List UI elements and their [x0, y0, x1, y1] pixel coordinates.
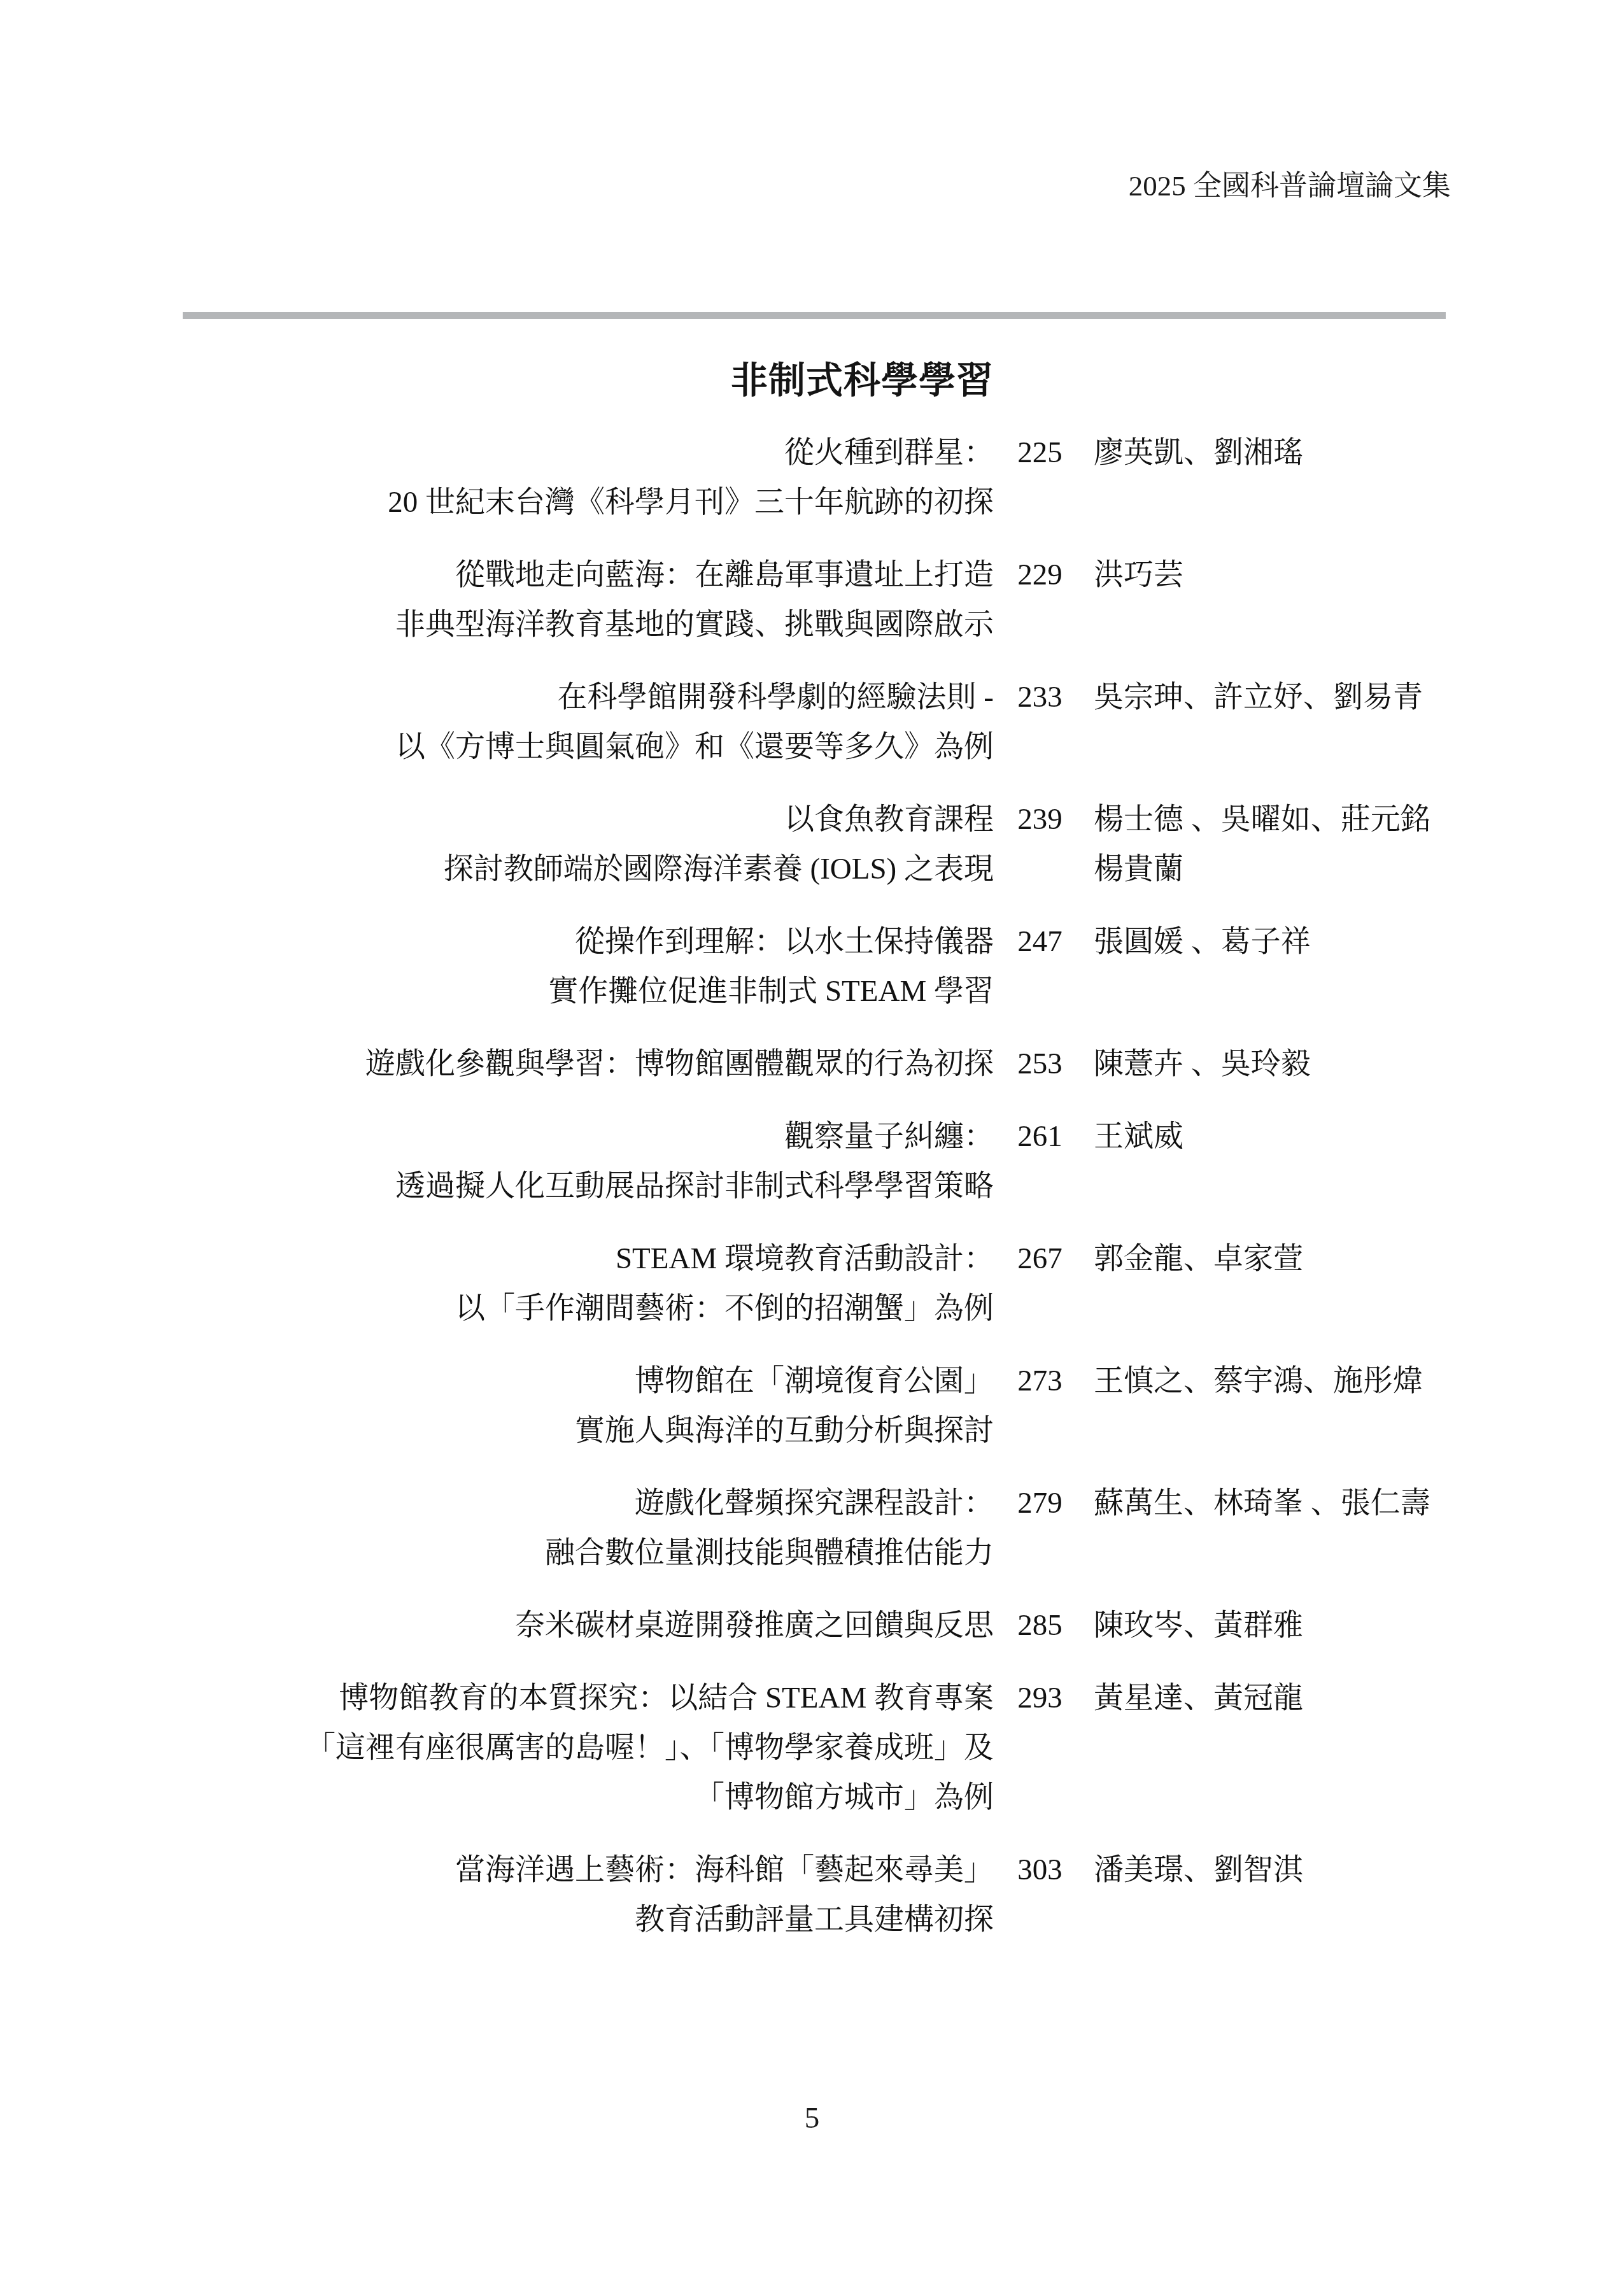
- toc-entry: 從火種到群星：20 世紀末台灣《科學月刊》三十年航跡的初探 225 廖英凱、劉湘…: [183, 428, 1474, 527]
- entry-title-line: 實作攤位促進非制式 STEAM 學習: [183, 966, 994, 1016]
- entry-author-line: 廖英凱、劉湘瑤: [1094, 428, 1474, 478]
- entry-title: 當海洋遇上藝術：海科館「藝起來尋美」教育活動評量工具建構初探: [183, 1845, 994, 1944]
- entry-page-number: 239: [994, 795, 1086, 844]
- entry-authors: 蘇萬生、林琦峯 、張仁壽: [1086, 1478, 1474, 1578]
- entry-author-line: 楊士德 、吳曜如、莊元銘: [1094, 795, 1474, 844]
- entry-authors: 吳宗珅、許立妤、劉易青: [1086, 672, 1474, 772]
- entry-title-line: 博物館在「潮境復育公園」: [183, 1356, 994, 1406]
- toc-entry: 從操作到理解：以水土保持儀器實作攤位促進非制式 STEAM 學習 247 張圓媛…: [183, 917, 1474, 1016]
- toc-entry: 遊戲化聲頻探究課程設計：融合數位量測技能與體積推估能力 279 蘇萬生、林琦峯 …: [183, 1478, 1474, 1578]
- entry-author-line: 陳薏卉 、吳玲毅: [1094, 1039, 1474, 1089]
- entry-page-number: 293: [994, 1673, 1086, 1723]
- entry-title-line: 從操作到理解：以水土保持儀器: [183, 917, 994, 966]
- entry-authors: 陳薏卉 、吳玲毅: [1086, 1039, 1474, 1089]
- toc-entry: 觀察量子糾纏：透過擬人化互動展品探討非制式科學學習策略 261 王斌威: [183, 1112, 1474, 1211]
- entry-author-line: 楊貴蘭: [1094, 844, 1474, 894]
- entry-title-line: 當海洋遇上藝術：海科館「藝起來尋美」: [183, 1845, 994, 1895]
- entry-title-line: 從戰地走向藍海：在離島軍事遺址上打造: [183, 550, 994, 600]
- entry-page-number: 253: [994, 1039, 1086, 1089]
- entry-author-line: 王斌威: [1094, 1112, 1474, 1161]
- section-title: 非制式科學學習: [183, 357, 994, 405]
- toc-entry: 奈米碳材桌遊開發推廣之回饋與反思 285 陳玫岑、黃群雅: [183, 1601, 1474, 1650]
- entry-title: 從戰地走向藍海：在離島軍事遺址上打造非典型海洋教育基地的實踐、挑戰與國際啟示: [183, 550, 994, 649]
- entry-title-line: 「博物館方城市」為例: [183, 1772, 994, 1822]
- entry-title-line: 以《方博士與圓氣砲》和《還要等多久》為例: [183, 722, 994, 772]
- header-horizontal-rule: [183, 312, 1446, 319]
- entry-page-number: 273: [994, 1356, 1086, 1406]
- entry-author-line: 吳宗珅、許立妤、劉易青: [1094, 672, 1474, 722]
- toc-entry: STEAM 環境教育活動設計：以「手作潮間藝術：不倒的招潮蟹」為例 267 郭金…: [183, 1234, 1474, 1333]
- entry-authors: 廖英凱、劉湘瑤: [1086, 428, 1474, 527]
- entry-authors: 陳玫岑、黃群雅: [1086, 1601, 1474, 1650]
- entry-title: 博物館在「潮境復育公園」實施人與海洋的互動分析與探討: [183, 1356, 994, 1455]
- toc-entry: 博物館在「潮境復育公園」實施人與海洋的互動分析與探討 273 王慎之、蔡宇鴻、施…: [183, 1356, 1474, 1455]
- toc-entry-list: 從火種到群星：20 世紀末台灣《科學月刊》三十年航跡的初探 225 廖英凱、劉湘…: [183, 428, 1474, 1944]
- entry-title-line: 以食魚教育課程: [183, 795, 994, 844]
- entry-author-line: 蘇萬生、林琦峯 、張仁壽: [1094, 1478, 1474, 1528]
- entry-title-line: 透過擬人化互動展品探討非制式科學學習策略: [183, 1161, 994, 1211]
- entry-title-line: 「這裡有座很厲害的島喔！」、「博物學家養成班」及: [183, 1723, 994, 1772]
- entry-page-number: 229: [994, 550, 1086, 600]
- entry-title-line: 從火種到群星：: [183, 428, 994, 478]
- entry-page-number: 285: [994, 1601, 1086, 1650]
- entry-author-line: 陳玫岑、黃群雅: [1094, 1601, 1474, 1650]
- toc-entry: 從戰地走向藍海：在離島軍事遺址上打造非典型海洋教育基地的實踐、挑戰與國際啟示 2…: [183, 550, 1474, 649]
- entry-title: 從操作到理解：以水土保持儀器實作攤位促進非制式 STEAM 學習: [183, 917, 994, 1016]
- entry-title: 以食魚教育課程探討教師端於國際海洋素養 (IOLS) 之表現: [183, 795, 994, 894]
- entry-title: 遊戲化聲頻探究課程設計：融合數位量測技能與體積推估能力: [183, 1478, 994, 1578]
- entry-title: 觀察量子糾纏：透過擬人化互動展品探討非制式科學學習策略: [183, 1112, 994, 1211]
- entry-author-line: 黃星達、黃冠龍: [1094, 1673, 1474, 1723]
- entry-title-line: 20 世紀末台灣《科學月刊》三十年航跡的初探: [183, 478, 994, 527]
- entry-title: 遊戲化參觀與學習：博物館團體觀眾的行為初探: [183, 1039, 994, 1089]
- entry-title: 在科學館開發科學劇的經驗法則 -以《方博士與圓氣砲》和《還要等多久》為例: [183, 672, 994, 772]
- entry-authors: 黃星達、黃冠龍: [1086, 1673, 1474, 1822]
- entry-author-line: 郭金龍、卓家萱: [1094, 1234, 1474, 1284]
- entry-title-line: 博物館教育的本質探究：以結合 STEAM 教育專案: [183, 1673, 994, 1723]
- entry-authors: 王慎之、蔡宇鴻、施彤煒: [1086, 1356, 1474, 1455]
- entry-authors: 張圓媛 、葛子祥: [1086, 917, 1474, 1016]
- entry-title-line: 奈米碳材桌遊開發推廣之回饋與反思: [183, 1601, 994, 1650]
- entry-authors: 潘美璟、劉智淇: [1086, 1845, 1474, 1944]
- entry-page-number: 267: [994, 1234, 1086, 1284]
- entry-title-line: 在科學館開發科學劇的經驗法則 -: [183, 672, 994, 722]
- entry-authors: 王斌威: [1086, 1112, 1474, 1211]
- entry-title-line: 觀察量子糾纏：: [183, 1112, 994, 1161]
- entry-title: 博物館教育的本質探究：以結合 STEAM 教育專案「這裡有座很厲害的島喔！」、「…: [183, 1673, 994, 1822]
- entry-title-line: 融合數位量測技能與體積推估能力: [183, 1528, 994, 1578]
- document-page: 2025 全國科普論壇論文集 非制式科學學習 從火種到群星：20 世紀末台灣《科…: [0, 0, 1624, 2278]
- entry-title-line: 非典型海洋教育基地的實踐、挑戰與國際啟示: [183, 600, 994, 649]
- toc-entry: 遊戲化參觀與學習：博物館團體觀眾的行為初探 253 陳薏卉 、吳玲毅: [183, 1039, 1474, 1089]
- entry-authors: 洪巧芸: [1086, 550, 1474, 649]
- running-header-title: 2025 全國科普論壇論文集: [1129, 167, 1451, 205]
- entry-page-number: 233: [994, 672, 1086, 722]
- entry-author-line: 潘美璟、劉智淇: [1094, 1845, 1474, 1895]
- entry-title-line: STEAM 環境教育活動設計：: [183, 1234, 994, 1284]
- entry-title-line: 遊戲化聲頻探究課程設計：: [183, 1478, 994, 1528]
- toc-entry: 以食魚教育課程探討教師端於國際海洋素養 (IOLS) 之表現 239 楊士德 、…: [183, 795, 1474, 894]
- toc-section: 非制式科學學習 從火種到群星：20 世紀末台灣《科學月刊》三十年航跡的初探 22…: [183, 357, 1474, 1967]
- entry-title: 奈米碳材桌遊開發推廣之回饋與反思: [183, 1601, 994, 1650]
- entry-page-number: 247: [994, 917, 1086, 966]
- entry-title-line: 探討教師端於國際海洋素養 (IOLS) 之表現: [183, 844, 994, 894]
- entry-author-line: 洪巧芸: [1094, 550, 1474, 600]
- toc-entry: 在科學館開發科學劇的經驗法則 -以《方博士與圓氣砲》和《還要等多久》為例 233…: [183, 672, 1474, 772]
- entry-title: 從火種到群星：20 世紀末台灣《科學月刊》三十年航跡的初探: [183, 428, 994, 527]
- toc-entry: 博物館教育的本質探究：以結合 STEAM 教育專案「這裡有座很厲害的島喔！」、「…: [183, 1673, 1474, 1822]
- entry-title: STEAM 環境教育活動設計：以「手作潮間藝術：不倒的招潮蟹」為例: [183, 1234, 994, 1333]
- entry-page-number: 261: [994, 1112, 1086, 1161]
- entry-title-line: 遊戲化參觀與學習：博物館團體觀眾的行為初探: [183, 1039, 994, 1089]
- entry-author-line: 張圓媛 、葛子祥: [1094, 917, 1474, 966]
- entry-page-number: 225: [994, 428, 1086, 478]
- entry-author-line: 王慎之、蔡宇鴻、施彤煒: [1094, 1356, 1474, 1406]
- toc-entry: 當海洋遇上藝術：海科館「藝起來尋美」教育活動評量工具建構初探 303 潘美璟、劉…: [183, 1845, 1474, 1944]
- entry-page-number: 279: [994, 1478, 1086, 1528]
- entry-authors: 郭金龍、卓家萱: [1086, 1234, 1474, 1333]
- page-number-folio: 5: [0, 2101, 1624, 2135]
- entry-title-line: 以「手作潮間藝術：不倒的招潮蟹」為例: [183, 1284, 994, 1333]
- entry-title-line: 教育活動評量工具建構初探: [183, 1895, 994, 1944]
- entry-page-number: 303: [994, 1845, 1086, 1895]
- entry-authors: 楊士德 、吳曜如、莊元銘楊貴蘭: [1086, 795, 1474, 894]
- entry-title-line: 實施人與海洋的互動分析與探討: [183, 1406, 994, 1455]
